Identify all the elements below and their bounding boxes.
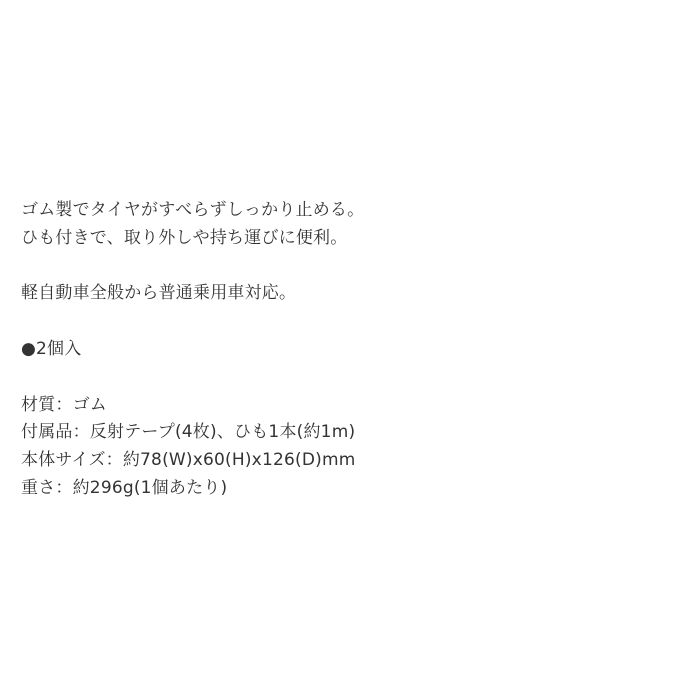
spec-material: 材質：ゴム [21, 392, 681, 420]
product-description: ゴム製でタイヤがすべらずしっかり止める。 ひも付きで、取り外しや持ち運びに便利。… [21, 197, 681, 503]
spec-accessories: 付属品：反射テープ(4枚)、ひも1本(約1m) [21, 419, 681, 447]
intro-line-1: ゴム製でタイヤがすべらずしっかり止める。 [21, 197, 681, 225]
spacer [21, 364, 681, 392]
compatibility-text: 軽自動車全般から普通乗用車対応。 [21, 280, 681, 308]
spacer [21, 253, 681, 281]
intro-line-2: ひも付きで、取り外しや持ち運びに便利。 [21, 225, 681, 253]
spec-weight: 重さ：約296g(1個あたり) [21, 475, 681, 503]
spacer [21, 308, 681, 336]
spec-dimensions: 本体サイズ：約78(W)x60(H)x126(D)mm [21, 447, 681, 475]
quantity-text: ●2個入 [21, 336, 681, 364]
